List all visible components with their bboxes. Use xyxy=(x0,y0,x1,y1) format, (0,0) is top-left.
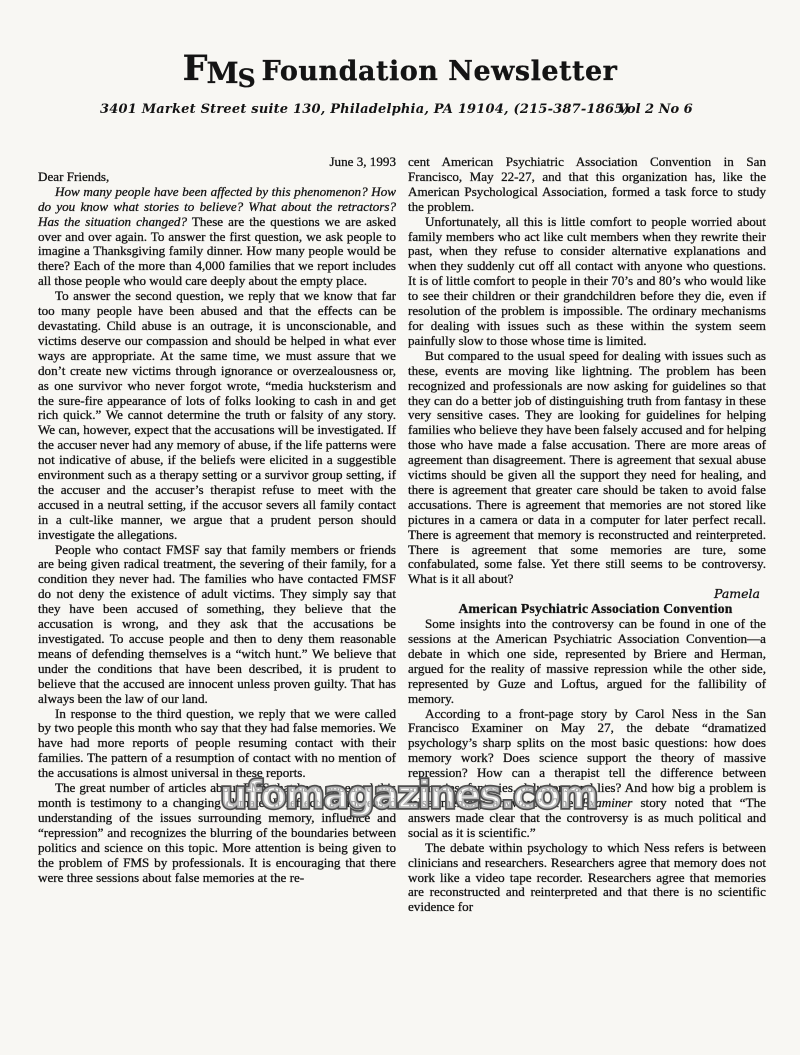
address-line: 3401 Market Street suite 130, Philadelph… xyxy=(100,102,630,117)
signature-pamela: Pamela xyxy=(408,587,766,602)
paragraph: In response to the third question, we re… xyxy=(38,707,396,782)
section-heading-apa-convention: American Psychiatric Association Convent… xyxy=(408,602,766,617)
logo-letter-f: F xyxy=(183,48,207,89)
newsletter-page: FMSFoundation Newsletter 3401 Market Str… xyxy=(0,0,800,1055)
paragraph: Unfortunately, all this is little comfor… xyxy=(408,215,766,349)
body-columns: June 3, 1993 Dear Friends, How many peop… xyxy=(38,155,766,915)
logo-letter-s: S xyxy=(238,64,255,93)
newsletter-title: FMSFoundation Newsletter xyxy=(0,48,800,93)
volume-number: Vol 2 No 6 xyxy=(618,102,693,117)
paragraph: Some insights into the controversy can b… xyxy=(408,617,766,706)
examiner-title: Examiner xyxy=(581,795,632,810)
paragraph: To answer the second question, we reply … xyxy=(38,289,396,542)
title-text: Foundation Newsletter xyxy=(262,56,618,87)
masthead: FMSFoundation Newsletter 3401 Market Str… xyxy=(0,0,800,120)
logo-letter-m: M xyxy=(207,56,238,90)
date-line: June 3, 1993 xyxy=(38,155,396,170)
paragraph: But compared to the usual speed for deal… xyxy=(408,349,766,588)
paragraph: The great number of articles about FMS t… xyxy=(38,781,396,885)
masthead-row: 3401 Market Street suite 130, Philadelph… xyxy=(0,102,800,120)
left-column: June 3, 1993 Dear Friends, How many peop… xyxy=(38,155,396,915)
paragraph-continuation: cent American Psychiatric Association Co… xyxy=(408,155,766,215)
paragraph: People who contact FMSF say that family … xyxy=(38,543,396,707)
paragraph: According to a front-page story by Carol… xyxy=(408,707,766,841)
paragraph: The debate within psychology to which Ne… xyxy=(408,841,766,916)
right-column: cent American Psychiatric Association Co… xyxy=(408,155,766,915)
paragraph: How many people have been affected by th… xyxy=(38,185,396,289)
fms-logo: FMS xyxy=(183,56,255,87)
salutation: Dear Friends, xyxy=(38,170,396,185)
